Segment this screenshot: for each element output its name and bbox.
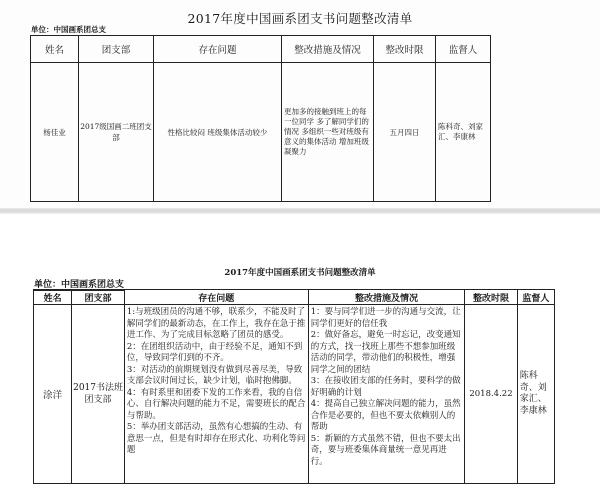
header-name: 姓名: [31, 36, 79, 63]
table-row: 涂洋 2017书法班 团支部 1:与班级团员的沟通不够，联系少，不能及时了解同学…: [34, 305, 555, 484]
problem-item: 2：在团组织活动中，由于经验不足，通知不到位，导致同学们到的不齐。: [127, 342, 307, 365]
header-deadline: 整改时限: [465, 290, 518, 305]
measure-item: 5：新颖的方式虽然不错，但也不要太出奇，要与班委集体商量统一意见再进行。: [311, 434, 464, 469]
cell-name: 杨佳业: [31, 63, 79, 202]
cell-supervisors: 陈科奇、刘家汇、李康林: [436, 63, 491, 202]
rectification-table: 姓名 团支部 存在问题 整改措施及情况 整改时限 监督人 杨佳业 2017级国画…: [30, 35, 491, 202]
header-problem: 存在问题: [124, 290, 308, 305]
cell-measures: 更加多的接触到班上的每一位同学 多了解同学们的情况 多组织一些对班级有意义的集体…: [282, 63, 374, 202]
measure-item: 3：在接收团支部的任务时，要科学的做好明确的计划: [311, 376, 464, 399]
problem-item: 3：对活动的前期规划没有做到尽善尽美，导致支部会议时间过长，缺少计划，临时抱佛脚…: [127, 365, 307, 388]
table-row: 杨佳业 2017级国画二班团支部 性格比较闷 班级集体活动较少 更加多的接触到班…: [31, 63, 491, 202]
header-supervisor: 监督人: [436, 36, 491, 63]
cell-deadline: 2018.4.22: [465, 305, 518, 484]
table-header-row: 姓名 团支部 存在问题 整改措施及情况 整改时限 监督人: [34, 290, 555, 305]
problem-item: 5：举办团支部活动，虽然有心想搞的生动、有意思一点，但是有时却存在形式化、功利化…: [127, 422, 307, 457]
cell-branch: 2017级国画二班团支部: [79, 63, 154, 202]
header-problem: 存在问题: [154, 36, 282, 63]
cell-branch: 2017书法班 团支部: [72, 305, 125, 484]
problem-item: 1:与班级团员的沟通不够，联系少，不能及时了解同学们的最新动态，在工作上，我存在…: [127, 307, 307, 342]
header-branch: 团支部: [72, 290, 125, 305]
measure-item: 4：提高自己独立解决问题的能力，虽然合作是必要的，但也不要太依赖别人的帮助: [311, 399, 464, 434]
header-deadline: 整改时限: [374, 36, 436, 63]
header-measures: 整改措施及情况: [308, 290, 465, 305]
cell-name: 涂洋: [34, 305, 72, 484]
cell-deadline: 五月四日: [374, 63, 436, 202]
branch-line-2: 团支部: [72, 394, 124, 406]
cell-problems: 1:与班级团员的沟通不够，联系少，不能及时了解同学们的最新动态，在工作上，我存在…: [124, 305, 308, 484]
cell-supervisors: 陈科奇、刘家汇、李康林: [517, 305, 554, 484]
cell-problem: 性格比较闷 班级集体活动较少: [154, 63, 282, 202]
measure-item: 1：要与同学们进一步的沟通与交流，让同学们更好的信任我: [311, 307, 464, 330]
rectification-sheet-2017-top: 2017年度中国画系团支书问题整改清单 单位：中国画系团总支 姓名 团支部 存在…: [0, 0, 600, 210]
branch-line-1: 2017书法班: [72, 382, 124, 394]
header-measures: 整改措施及情况: [282, 36, 374, 63]
header-branch: 团支部: [79, 36, 154, 63]
problem-item: 4：有时系里和团委下发的工作来看，我的自信心、自行解决问题的能力不足，需要班长的…: [127, 388, 307, 423]
header-name: 姓名: [34, 290, 72, 305]
header-supervisor: 监督人: [517, 290, 554, 305]
cell-measures: 1：要与同学们进一步的沟通与交流，让同学们更好的信任我 2：做好备忘，避免一时忘…: [308, 305, 465, 484]
measure-item: 2：做好备忘，避免一时忘记，改变通知的方式，找一找班上那些不想参加班级活动的同学…: [311, 330, 464, 376]
table-header-row: 姓名 团支部 存在问题 整改措施及情况 整改时限 监督人: [31, 36, 491, 63]
rectification-table-2: 姓名 团支部 存在问题 整改措施及情况 整改时限 监督人 涂洋 2017书法班 …: [33, 289, 555, 484]
